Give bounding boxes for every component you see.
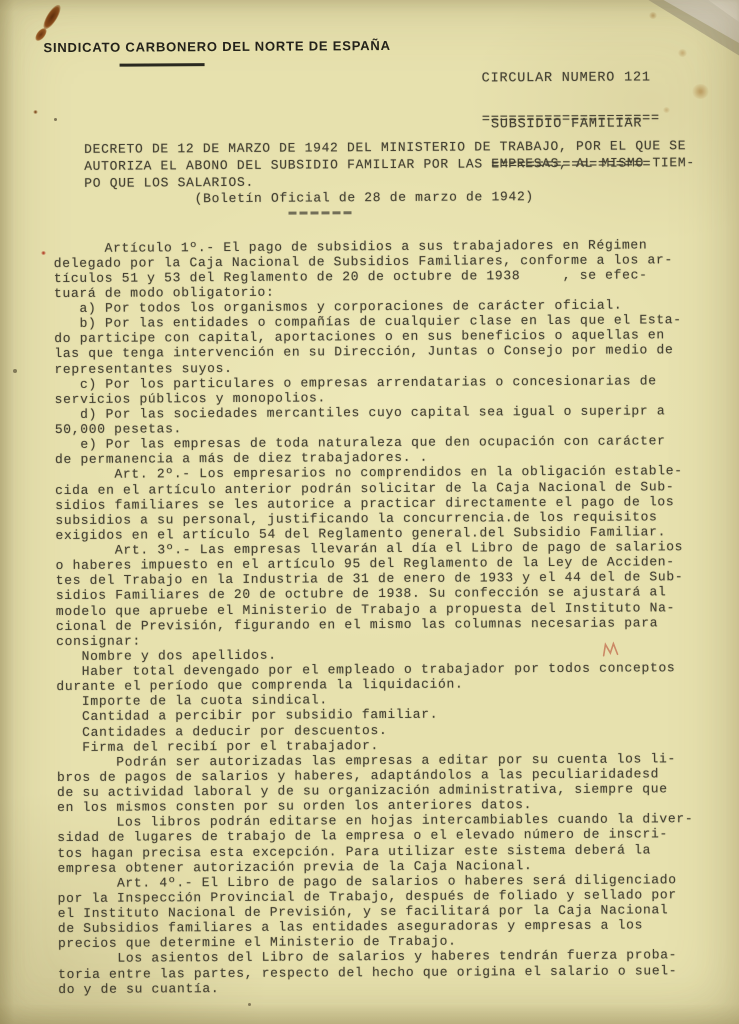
document-page: SINDICATO CARBONERO DEL NORTE DE ESPAÑA …	[0, 0, 739, 1024]
subject-title: SUBSIDIO FAMILIAR	[491, 117, 651, 131]
document-content: SINDICATO CARBONERO DEL NORTE DE ESPAÑA …	[0, 0, 739, 1024]
decree-heading: DECRETO DE 12 DE MARZO DE 1942 DEL MINIS…	[84, 138, 695, 209]
separator-dashes	[288, 211, 352, 214]
letterhead-underline	[120, 63, 205, 66]
letterhead-title: SINDICATO CARBONERO DEL NORTE DE ESPAÑA	[43, 38, 390, 55]
circular-number: CIRCULAR NUMERO 121	[482, 71, 660, 86]
decree-body-text: Artículo 1º.- El pago de subsidios a sus…	[54, 237, 695, 997]
